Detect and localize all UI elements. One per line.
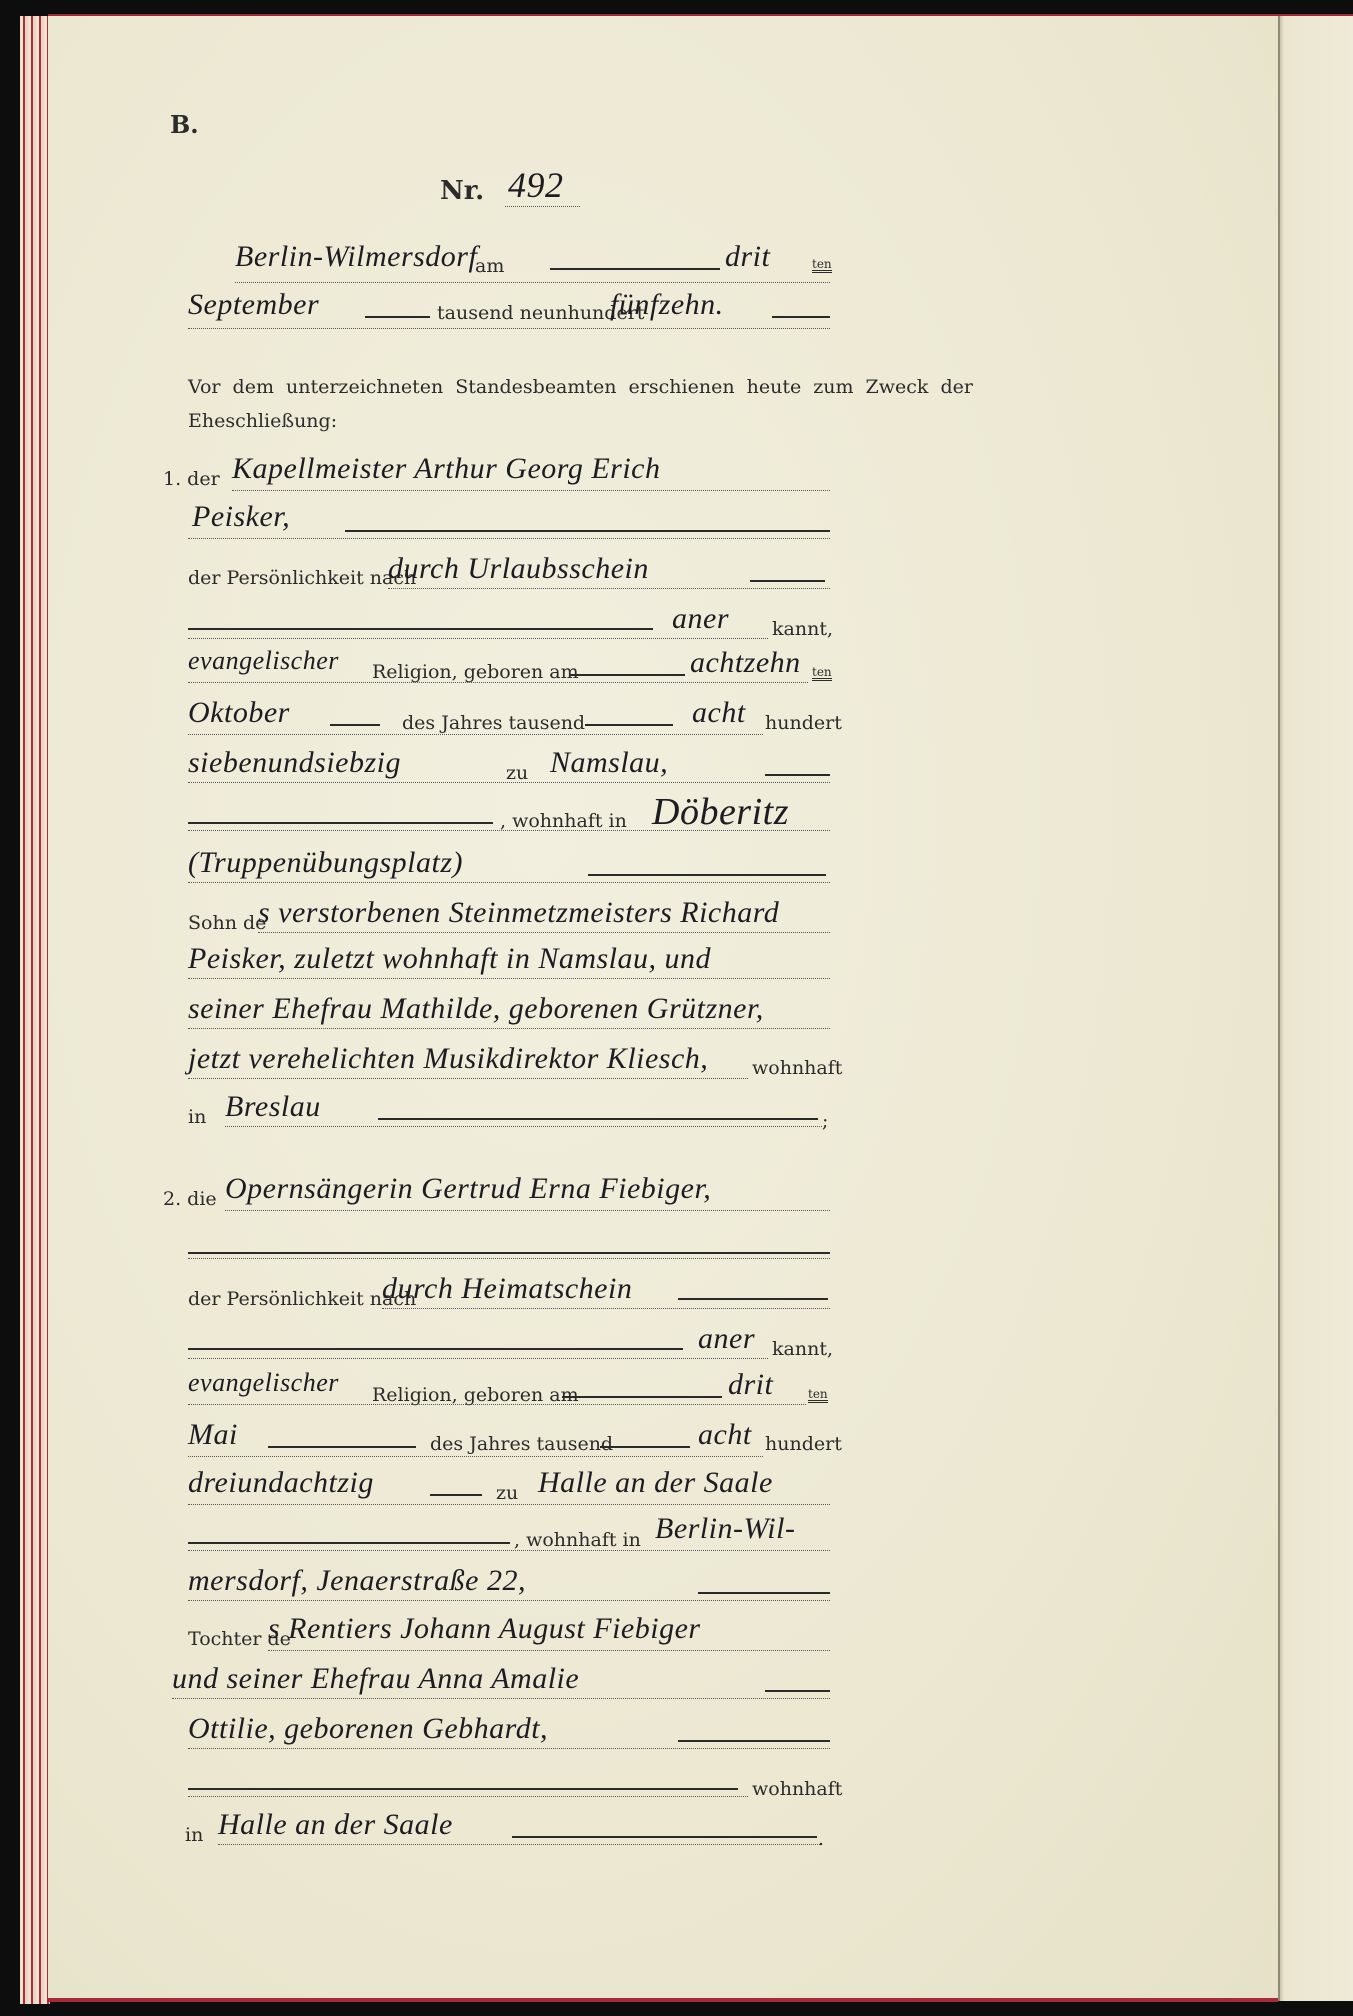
page-edges-red <box>20 16 50 2004</box>
header-day: drit <box>725 240 770 274</box>
page-bottom-edge <box>48 1998 1278 2002</box>
end-mark: ; <box>822 1110 828 1132</box>
line <box>232 490 830 491</box>
filler-dash <box>330 724 380 726</box>
known-label: kannt, <box>772 1338 833 1360</box>
filler-dash <box>188 822 493 824</box>
section-letter: B. <box>170 110 199 139</box>
day-suffix: ten <box>812 666 832 681</box>
intro-line-2: Eheschließung: <box>188 410 337 432</box>
line <box>188 782 830 783</box>
number-label: Nr. <box>440 176 484 206</box>
line <box>188 538 830 539</box>
filler-dash <box>600 1446 690 1448</box>
in-label: in <box>188 1106 206 1128</box>
bride-birth-year: dreiundachtzig <box>188 1466 374 1500</box>
filler-dash <box>268 1446 416 1448</box>
number-line <box>505 206 580 207</box>
filler-dash <box>550 268 720 270</box>
line <box>188 1456 763 1457</box>
next-leaf-edge <box>1278 16 1353 2001</box>
filler-dash <box>188 1348 683 1350</box>
known-label: kannt, <box>772 618 833 640</box>
header-year: fünfzehn. <box>610 288 724 322</box>
groom-parents-2: Peisker, zuletzt wohnhaft in Namslau, un… <box>188 942 711 976</box>
line <box>225 1126 822 1127</box>
line <box>188 830 830 831</box>
filler-dash <box>365 316 430 318</box>
bride-residence-2: mersdorf, Jenaerstraße 22, <box>188 1564 526 1598</box>
end-mark: . <box>818 1828 824 1850</box>
filler-dash <box>698 1592 830 1594</box>
header-month: September <box>188 288 319 322</box>
groom-parents-residence: Breslau <box>225 1090 321 1124</box>
filler-dash <box>570 674 685 676</box>
bride-religion: evangelischer <box>188 1368 339 1398</box>
religion-label: Religion, geboren am <box>372 1384 579 1406</box>
line <box>188 1028 830 1029</box>
bride-residence: Berlin-Wil- <box>655 1512 795 1546</box>
bride-parents-residence: Halle an der Saale <box>218 1808 453 1842</box>
line <box>188 1550 830 1551</box>
line <box>188 1748 830 1749</box>
filler-dash <box>678 1298 828 1300</box>
groom-birth-year: siebenundsiebzig <box>188 746 401 780</box>
filler-dash <box>188 1252 830 1254</box>
groom-known-prefix: aner <box>672 602 729 636</box>
line <box>188 978 830 979</box>
line <box>268 1650 830 1651</box>
groom-birth-day: achtzehn <box>690 646 801 680</box>
bride-birth-century: acht <box>698 1418 752 1452</box>
line <box>188 1796 748 1797</box>
filler-dash <box>430 1494 482 1496</box>
filler-dash <box>188 628 653 630</box>
zu-label: zu <box>506 762 528 784</box>
bride-parents-1: s Rentiers Johann August Fiebiger <box>268 1612 701 1646</box>
line <box>188 1404 806 1405</box>
day-suffix: ten <box>808 1388 828 1403</box>
wohnhaft-label: wohnhaft <box>752 1057 842 1079</box>
line <box>388 588 830 589</box>
bride-birth-day: drit <box>728 1368 773 1402</box>
groom-residence-2: (Truppenübungsplatz) <box>188 846 463 880</box>
bride-name-1: Opernsängerin Gertrud Erna Fiebiger, <box>225 1172 711 1206</box>
groom-residence: Döberitz <box>652 790 789 834</box>
header-place: Berlin-Wilmersdorf <box>235 240 477 274</box>
filler-dash <box>765 774 830 776</box>
groom-birth-century: acht <box>692 696 746 730</box>
groom-name-1: Kapellmeister Arthur Georg Erich <box>232 452 660 486</box>
groom-birth-month: Oktober <box>188 696 290 730</box>
filler-dash <box>772 316 830 318</box>
intro-line-1: Vor dem unterzeichneten Standesbeamten e… <box>188 376 973 398</box>
hundert-label: hundert <box>765 712 842 734</box>
birth-year-label: des Jahres tausend <box>430 1433 613 1455</box>
line <box>188 1258 830 1259</box>
groom-name-2: Peisker, <box>192 500 290 534</box>
filler-dash <box>512 1836 817 1838</box>
date-line <box>188 328 830 329</box>
in-label: in <box>185 1824 203 1846</box>
groom-identity: durch Urlaubsschein <box>388 552 649 586</box>
bride-birth-place: Halle an der Saale <box>538 1466 773 1500</box>
line <box>188 1600 830 1601</box>
filler-dash <box>588 874 826 876</box>
line <box>258 932 830 933</box>
filler-dash <box>378 1118 818 1120</box>
residence-label: , wohnhaft in <box>500 810 627 832</box>
groom-parents-1: s verstorbenen Steinmetzmeisters Richard <box>258 896 779 930</box>
day-suffix: ten <box>812 258 832 273</box>
line <box>172 1698 830 1699</box>
groom-birth-place: Namslau, <box>550 746 668 780</box>
bride-index: 2. die <box>163 1188 217 1210</box>
bride-identity: durch Heimatschein <box>382 1272 632 1306</box>
bride-known-prefix: aner <box>698 1322 755 1356</box>
birth-year-label: des Jahres tausend <box>402 712 585 734</box>
record-number: 492 <box>508 164 564 206</box>
hundert-label: hundert <box>765 1433 842 1455</box>
bride-parents-2: und seiner Ehefrau Anna Amalie <box>172 1662 579 1696</box>
line <box>188 734 763 735</box>
filler-dash <box>678 1740 830 1742</box>
line <box>188 1358 768 1359</box>
residence-label: , wohnhaft in <box>514 1529 641 1551</box>
line <box>188 1504 830 1505</box>
place-line <box>235 282 830 283</box>
filler-dash <box>562 1396 722 1398</box>
wohnhaft-label: wohnhaft <box>752 1778 842 1800</box>
filler-dash <box>188 1788 738 1790</box>
filler-dash <box>345 530 830 532</box>
line <box>382 1308 830 1309</box>
line <box>188 882 830 883</box>
filler-dash <box>765 1690 830 1692</box>
line <box>188 1078 748 1079</box>
filler-dash <box>750 580 825 582</box>
line <box>225 1210 830 1211</box>
groom-parents-3: seiner Ehefrau Mathilde, geborenen Grütz… <box>188 992 764 1026</box>
bride-birth-month: Mai <box>188 1418 238 1452</box>
line <box>188 638 768 639</box>
groom-religion: evangelischer <box>188 646 339 676</box>
line <box>218 1844 820 1845</box>
filler-dash <box>188 1542 510 1544</box>
line <box>188 682 808 683</box>
zu-label: zu <box>496 1482 518 1504</box>
filler-dash <box>585 724 673 726</box>
religion-label: Religion, geboren am <box>372 661 579 683</box>
groom-parents-label: Sohn de <box>188 912 266 934</box>
groom-parents-4: jetzt verehelichten Musikdirektor Kliesc… <box>188 1042 708 1076</box>
bride-parents-3: Ottilie, geborenen Gebhardt, <box>188 1712 548 1746</box>
groom-identity-label: der Persönlichkeit nach <box>188 567 416 589</box>
groom-index: 1. der <box>163 468 220 490</box>
am-label: am <box>475 255 504 277</box>
